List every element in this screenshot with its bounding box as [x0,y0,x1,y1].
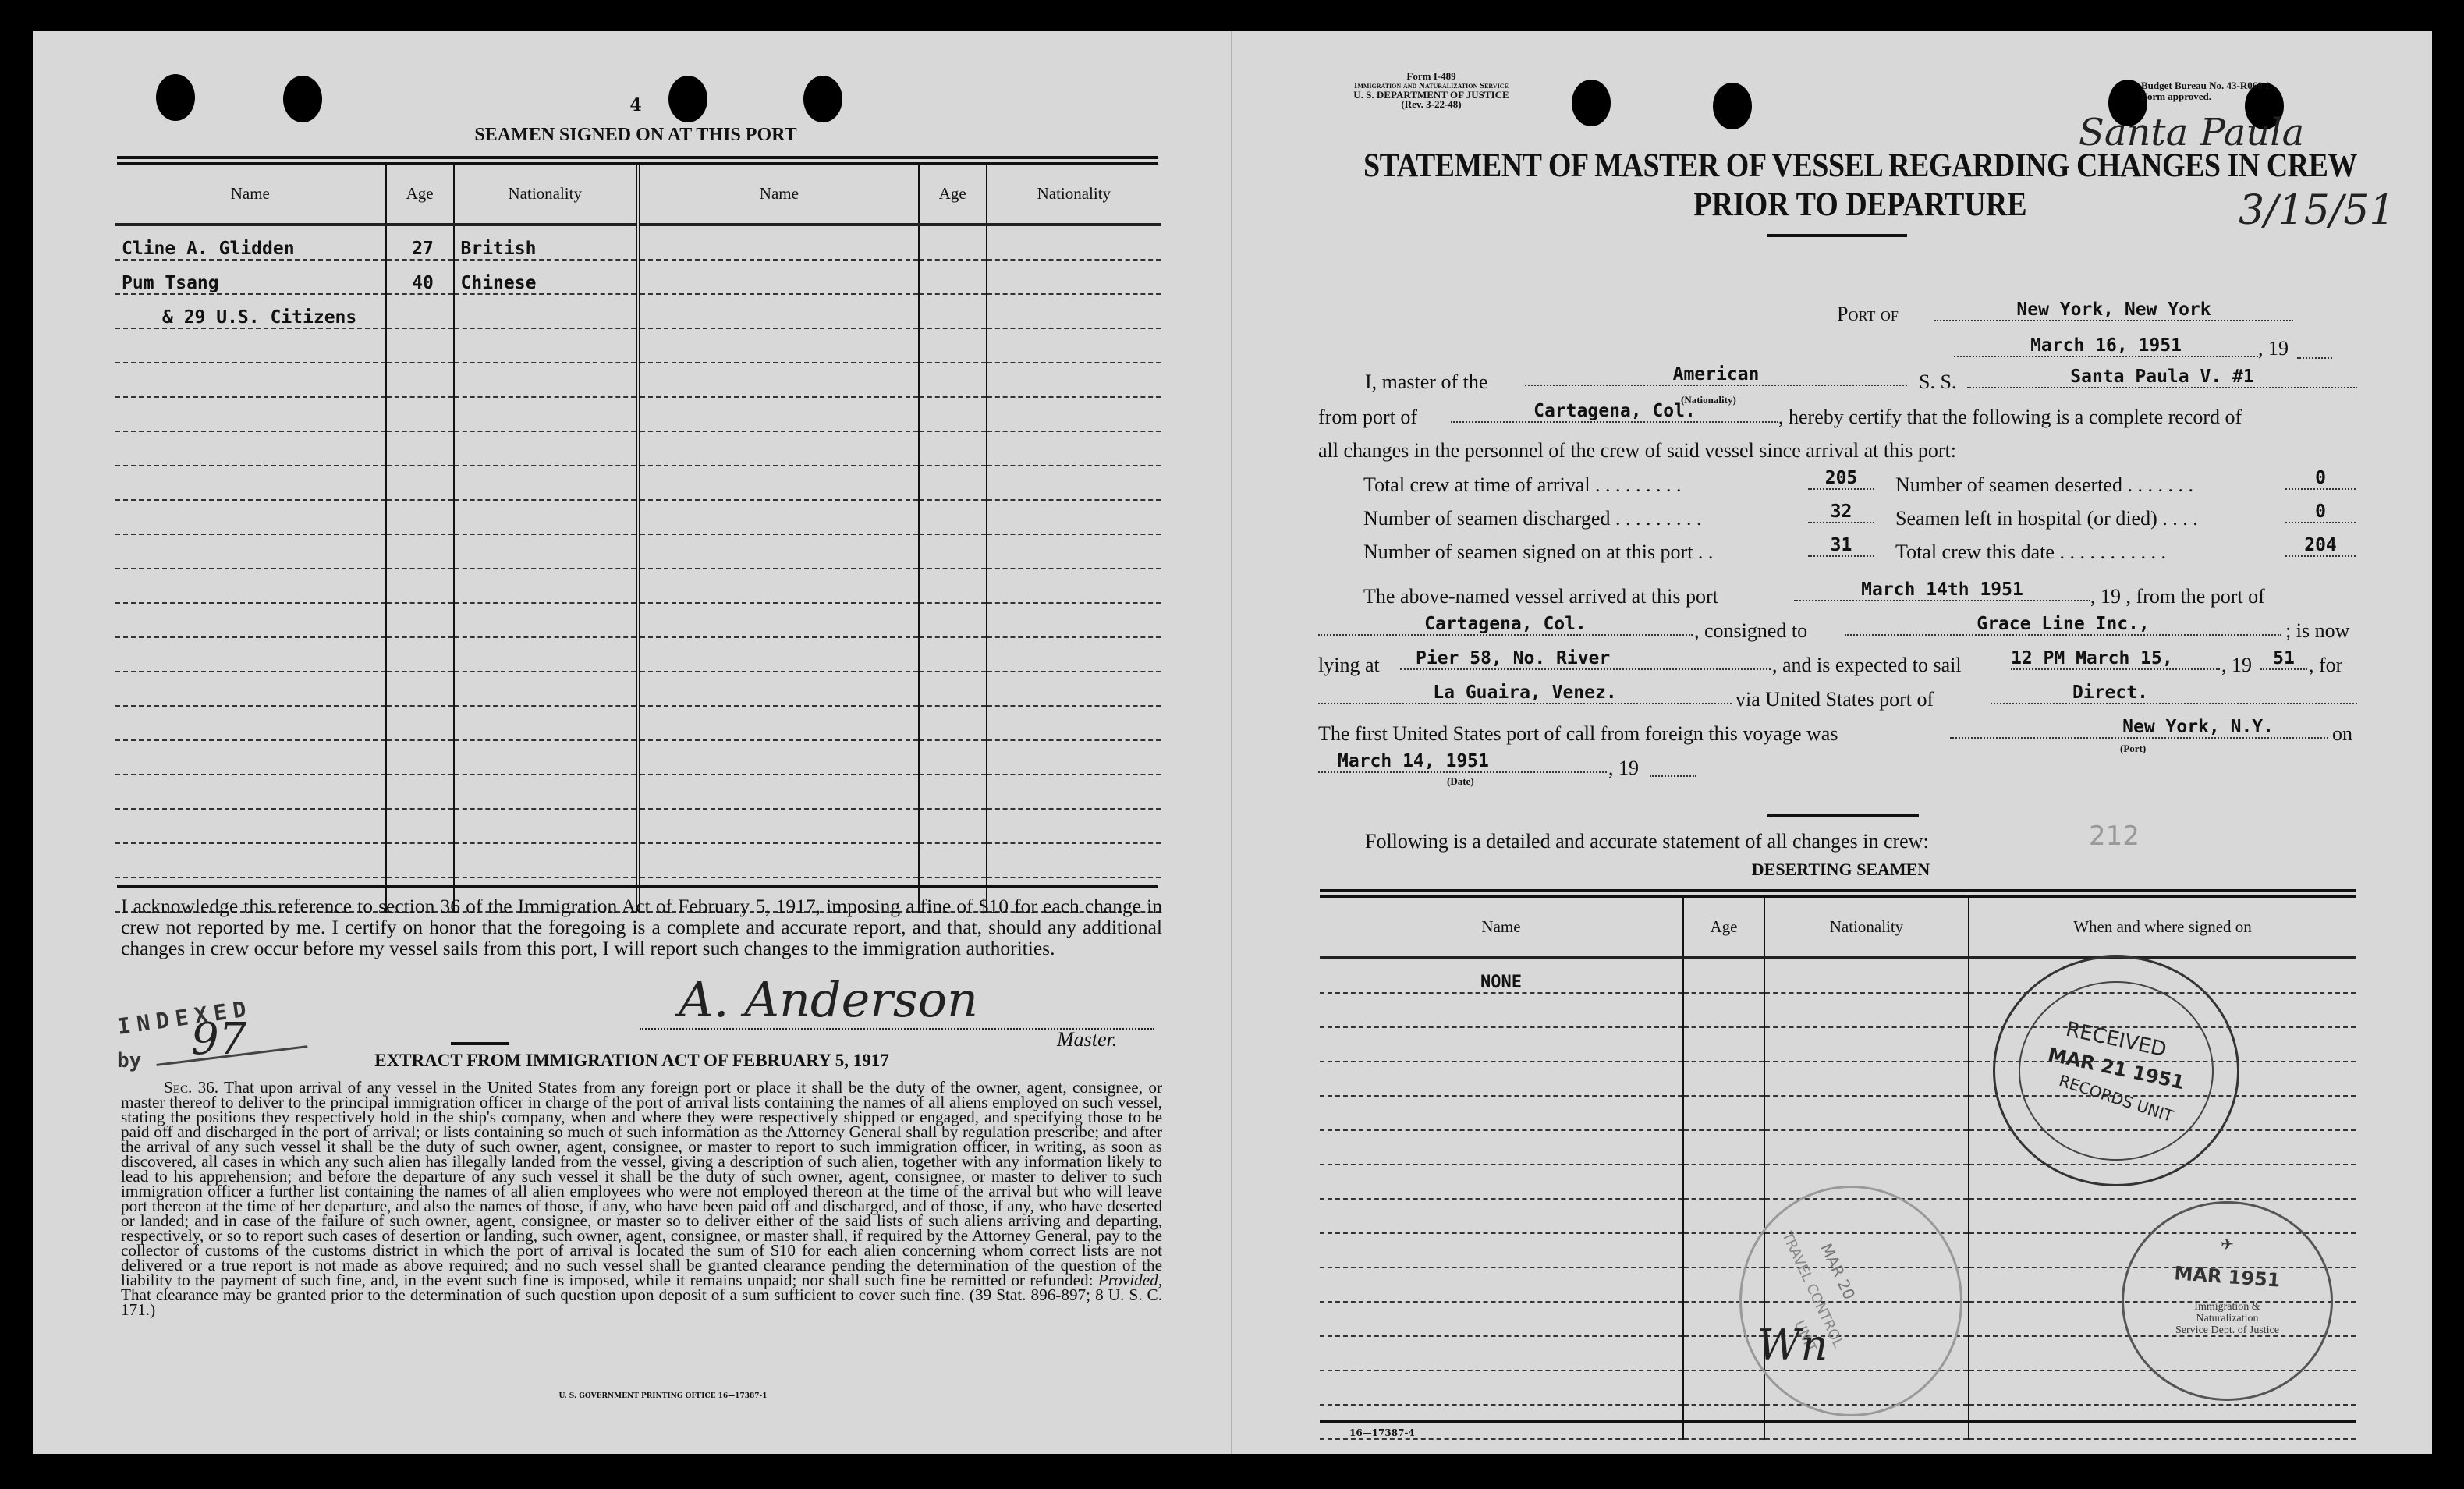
form-approved: Form approved. [2141,91,2273,102]
sail-label: , and is expected to sail [1772,654,1962,677]
column-header: Name [1320,897,1683,958]
arrived-from-field[interactable]: Cartagena, Col. [1318,614,1693,636]
certify-text: , hereby certify that the following is a… [1778,406,2242,429]
arrived-label: The above-named vessel arrived at this p… [1363,585,1718,608]
table-row-blank [115,500,1161,534]
total-crew-arrival-label: Total crew at time of arrival . . . . . … [1363,473,1682,497]
ins-stamp: ✈ MAR 1951 Immigration & Naturalization … [2122,1201,2333,1401]
column-header: Age [386,164,454,225]
date-field[interactable]: March 16, 1951 [1954,335,2258,357]
arrived-field[interactable]: March 14th 1951 [1794,580,2090,601]
date-caption: (Date) [1447,775,1474,788]
first-date-field[interactable]: March 14, 1951 [1318,751,1607,773]
seaman-nationality [454,294,638,328]
seaman-age [386,294,454,328]
seaman-nationality: British [454,225,638,260]
discharged-field[interactable]: 32 [1808,502,1874,523]
sail-field[interactable]: 12 PM March 15, [2011,648,2220,670]
travel-control-stamp: MAR 20 TRAVEL CONTROL UNIT Wn [1739,1186,1962,1416]
sail-year-label: , 19 [2221,654,2252,677]
following-text: Following is a detailed and accurate sta… [1365,830,1929,853]
seamen-signed-on-table: Name Age Nationality Name Age Nationalit… [115,164,1161,913]
table-row-blank [115,809,1161,843]
destination-field[interactable]: La Guaira, Venez. [1318,682,1732,704]
table-row-blank [115,843,1161,877]
consigned-field[interactable]: Grace Line Inc., [1845,614,2281,636]
changes-text: all changes in the personnel of the crew… [1318,439,1956,463]
pencil-note: 212 [2089,821,2140,852]
total-crew-date-field[interactable]: 204 [2285,535,2356,557]
hospital-field[interactable]: 0 [2285,502,2356,523]
punch-hole [803,76,842,122]
column-header: Name [638,164,919,225]
seaman-nationality: Chinese [454,260,638,294]
extract-tail: That clearance may be granted prior to t… [121,1285,1162,1319]
master-signature: A. Anderson [679,971,978,1028]
punch-hole [668,76,707,122]
signed-on-label: Number of seamen signed on at this port … [1363,541,1713,564]
from-port-field[interactable]: Cartagena, Col. [1451,401,1778,423]
table-row-blank [115,637,1161,672]
travel-stamp-initials: Wn [1757,1321,1828,1370]
form-revision: (Rev. 3-22-48) [1299,100,1564,109]
column-header: Nationality [987,164,1161,225]
seaman-age: 40 [386,260,454,294]
deserting-table-bottom-rule [1320,1420,2356,1423]
total-crew-arrival-field[interactable]: 205 [1808,468,1874,490]
table-bottom-rule [117,885,1158,888]
seaman-age: 27 [386,225,454,260]
ins-stamp-date: MAR 1951 [2123,1259,2331,1295]
port-label: Port of [1837,303,1899,326]
extract-body: That upon arrival of any vessel in the U… [121,1078,1162,1289]
table-row-blank [115,672,1161,706]
port-field[interactable]: New York, New York [1934,300,2293,321]
lying-at-label: lying at [1318,654,1380,677]
printer-line-right: 16—17387-4 [1349,1427,1415,1438]
signature-label: Master. [1057,1028,1117,1051]
deserter-age [1683,958,1764,993]
ss-label: S. S. [1919,370,1956,394]
seaman-name: Pum Tsang [115,260,386,294]
table-row-blank [115,534,1161,569]
seaman-name: Cline A. Glidden [115,225,386,260]
deserting-title: DESERTING SEAMEN [1607,860,2075,880]
discharged-label: Number of seamen discharged . . . . . . … [1363,507,1701,530]
punch-hole [156,74,195,121]
table-row-blank [115,363,1161,397]
column-header: Age [919,164,987,225]
column-header: Nationality [1764,897,1969,958]
title-divider [1767,234,1907,237]
table-row-blank [115,775,1161,809]
ins-stamp-line4: Service Dept. of Justice [2124,1324,2331,1336]
extract-text-block: Sec. 36. That upon arrival of any vessel… [121,1080,1162,1317]
port-caption: (Port) [2120,743,2146,755]
deserter-name: NONE [1320,958,1683,993]
budget-number: Budget Bureau No. 43-R060.1. [2141,80,2273,91]
year-blank [2297,357,2332,359]
airplane-icon: ✈ [2124,1235,2331,1253]
punch-hole [1572,80,1611,126]
extract-title: EXTRACT FROM IMMIGRATION ACT OF FEBRUARY… [312,1051,952,1071]
divider [451,1042,509,1045]
printer-line-left: U. S. GOVERNMENT PRINTING OFFICE 16—1738… [468,1392,858,1400]
form-title-line1: STATEMENT OF MASTER OF VESSEL REGARDING … [1342,146,2379,186]
table-row-blank [115,431,1161,466]
seaman-name: & 29 U.S. Citizens [115,294,386,328]
table-row: & 29 U.S. Citizens [115,294,1161,328]
on-label: on [2332,722,2352,746]
ins-stamp-line3: Naturalization [2124,1313,2331,1324]
nationality-field[interactable]: American [1525,364,1907,386]
form-header: Form I-489 Immigration and Naturalizatio… [1299,72,1564,109]
first-year-blank [1650,775,1696,777]
table-row-blank [115,328,1161,363]
page-fold [1231,31,1232,1454]
table-row-blank [115,569,1161,603]
divider [1767,814,1919,817]
for-label: , for [2309,654,2342,677]
deserted-field[interactable]: 0 [2285,468,2356,490]
column-header: Nationality [454,164,638,225]
table-row: Pum Tsang 40 Chinese [115,260,1161,294]
sail-year-field[interactable]: 51 [2260,648,2307,670]
signed-on-field[interactable]: 31 [1808,535,1874,557]
punch-hole [1713,83,1752,129]
table-row-blank [115,740,1161,775]
hospital-label: Seamen left in hospital (or died) . . . … [1895,507,2198,530]
deserter-nationality [1764,958,1969,993]
via-label: via United States port of [1735,688,1934,711]
budget-bureau: Budget Bureau No. 43-R060.1. Form approv… [2141,80,2273,102]
deserted-label: Number of seamen deserted . . . . . . . [1895,473,2193,497]
via-field[interactable]: Direct. [1991,682,2357,704]
table-row-blank [115,706,1161,740]
master-of-label: I, master of the [1365,370,1487,394]
received-stamp: RECEIVED MAR 21 1951 RECORDS UNIT [1993,955,2239,1186]
year-label: , 19 [2258,337,2289,360]
indexed-by-label: by [117,1049,141,1072]
first-year-label: , 19 [1608,757,1639,780]
form-title-line2: PRIOR TO DEPARTURE [1342,185,2379,225]
lying-at-field[interactable]: Pier 58, No. River [1400,648,1771,670]
total-crew-date-label: Total crew this date . . . . . . . . . .… [1895,541,2166,564]
table-row-blank [115,466,1161,500]
from-port-of-label: , 19 , from the port of [2090,585,2265,608]
first-port-field[interactable]: New York, N.Y. [1950,717,2328,739]
is-now-label: ; is now [2285,619,2349,643]
form-number: Form I-489 [1299,72,1564,81]
first-port-label: The first United States port of call fro… [1318,722,1838,746]
from-port-label: from port of [1318,406,1417,429]
ins-stamp-line2: Immigration & [2124,1301,2331,1313]
page-number: 4 [608,95,663,115]
column-header: Age [1683,897,1764,958]
table-row-blank [115,397,1161,431]
ins-stamp-agency: Immigration & Naturalization Service Dep… [2124,1301,2331,1336]
section-title: SEAMEN SIGNED ON AT THIS PORT [351,125,920,146]
acknowledgement-text: I acknowledge this reference to section … [121,895,1162,959]
table-row: Cline A. Glidden 27 British [115,225,1161,260]
consigned-label: , consigned to [1694,619,1807,643]
column-header: Name [115,164,386,225]
punch-hole [283,76,322,122]
table-row-blank [115,603,1161,637]
ship-field[interactable]: Santa Paula V. #1 [1967,367,2357,388]
column-header: When and where signed on [1969,897,2356,958]
